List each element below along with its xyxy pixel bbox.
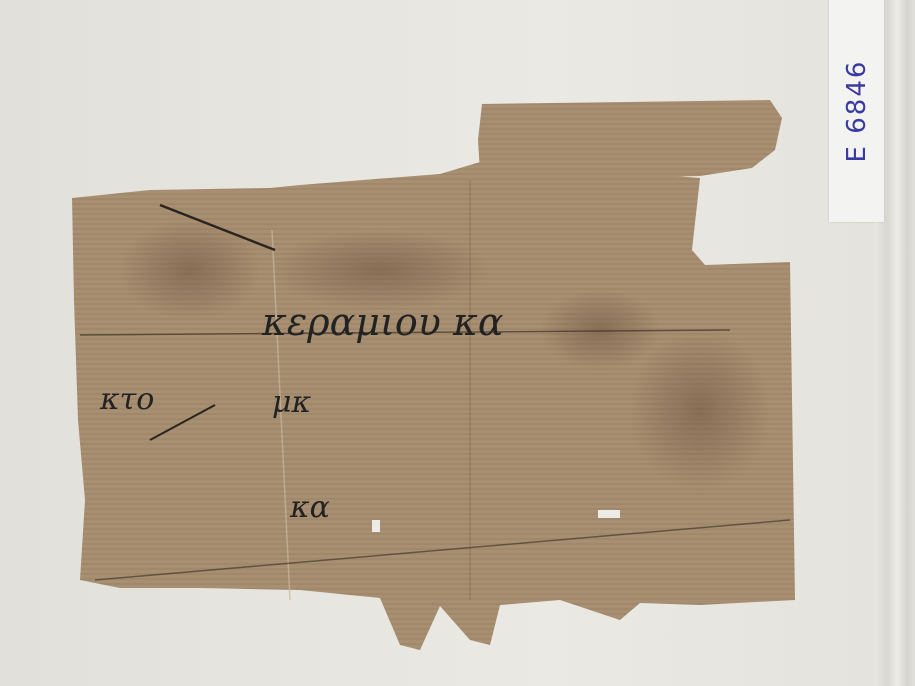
inventory-number: E 6846 <box>842 60 872 163</box>
inscription-line-1: κεραμιου κα <box>262 300 504 344</box>
inscription-line-4: κα <box>290 490 330 525</box>
inscription-line-3: μκ <box>272 385 311 420</box>
inscription-line-2: κτο <box>100 382 154 417</box>
inventory-label: E 6846 <box>829 0 884 222</box>
photo-scene: κεραμιου κα κτο μκ κα E 6846 <box>0 0 915 686</box>
